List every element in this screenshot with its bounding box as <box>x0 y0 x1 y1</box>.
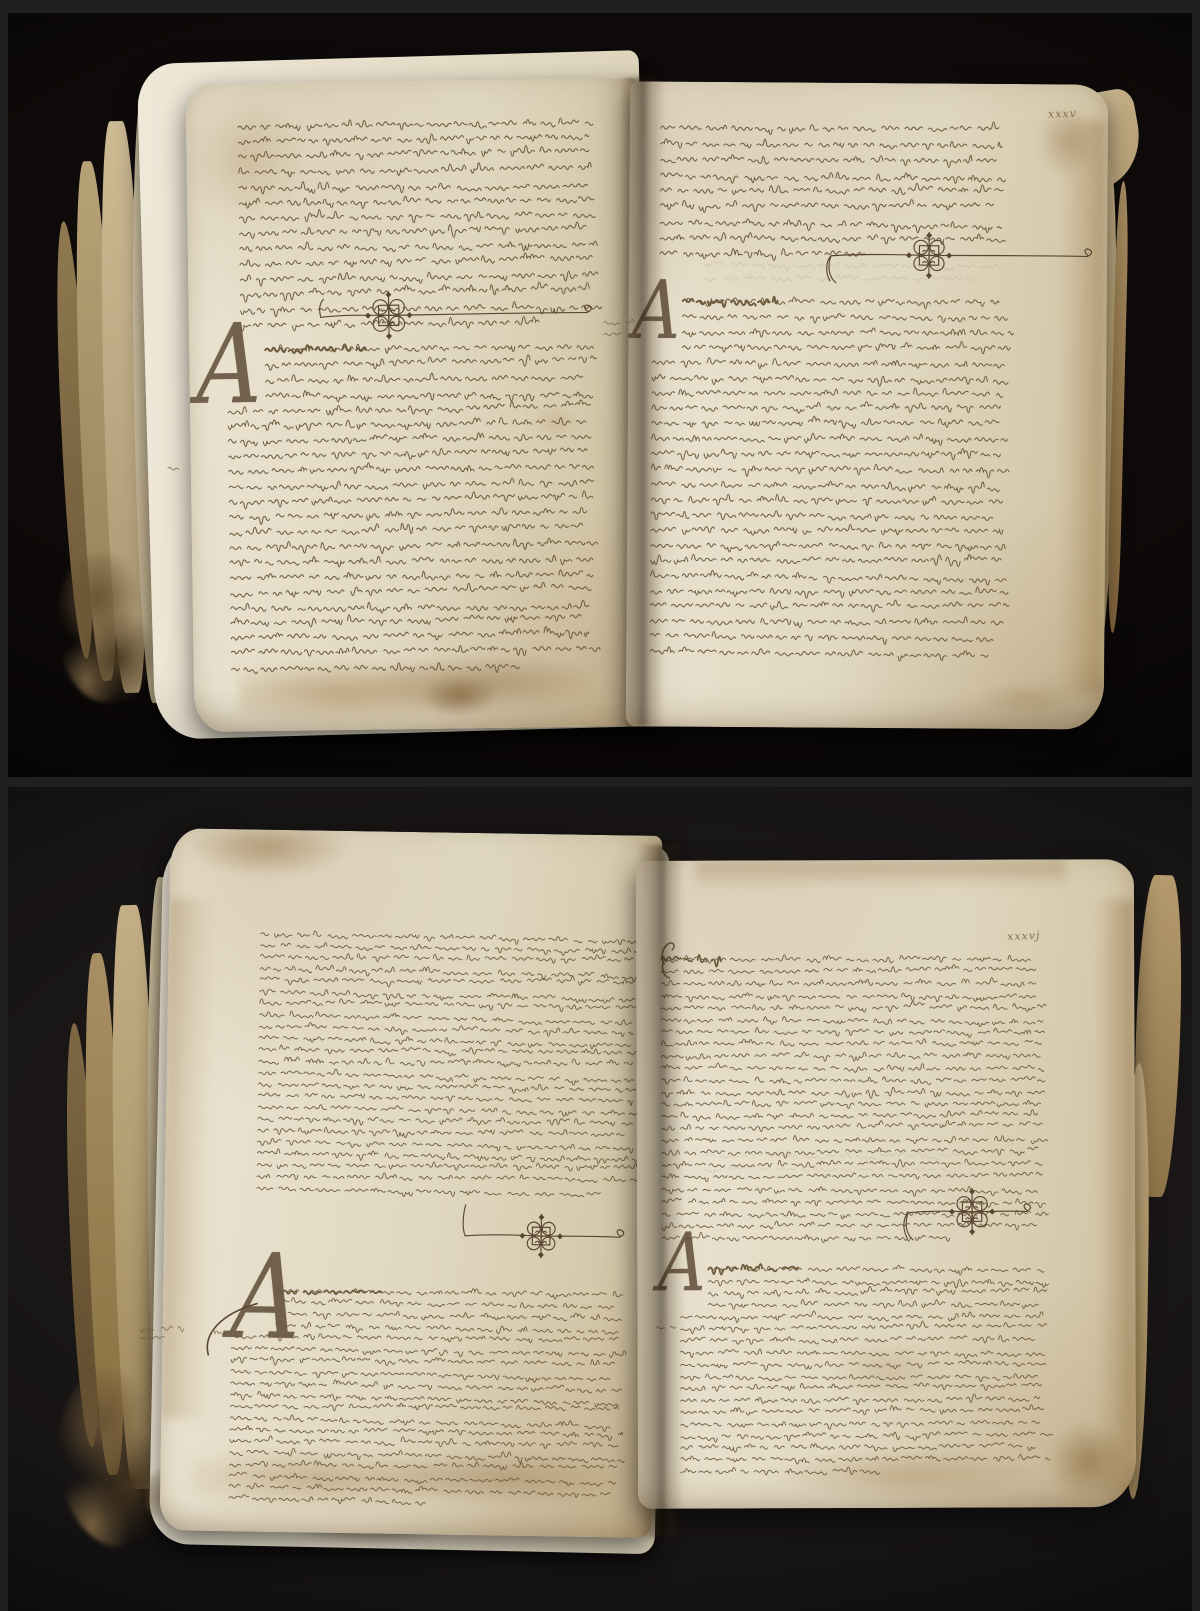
parchment-page-upper-left: A <box>185 78 646 732</box>
folio-number: xxxvj <box>1007 929 1041 943</box>
script-block-anno-domini <box>225 1281 635 1520</box>
parchment-page-lower-right: xxxvj A <box>636 859 1136 1509</box>
script-block-anno-domini <box>646 290 1021 669</box>
marginal-note <box>164 458 200 482</box>
marginal-note <box>600 316 646 350</box>
script-block-anno-domini <box>223 335 608 684</box>
script-block-anno-domini <box>676 1259 1059 1487</box>
notarial-sign <box>457 1205 633 1270</box>
stain <box>696 861 1066 890</box>
marginal-note <box>136 1319 190 1355</box>
stain <box>190 828 381 889</box>
parchment-page-lower-left: A <box>160 828 663 1538</box>
show-through-lines <box>701 254 1011 296</box>
parchment-page-upper-right: xxxv A <box>626 81 1108 729</box>
photo-upper-opening: A xxxv A <box>8 13 1192 777</box>
notarial-sign <box>900 1177 1040 1243</box>
stain <box>966 679 1086 720</box>
script-block-continuation <box>253 925 652 1210</box>
manuscript-photographs: A xxxv A <box>0 0 1200 1611</box>
photo-lower-opening: A xxxvj A <box>8 787 1192 1611</box>
folio-number: xxxv <box>1048 107 1077 121</box>
stain <box>1094 899 1136 1499</box>
stain <box>1056 120 1106 695</box>
